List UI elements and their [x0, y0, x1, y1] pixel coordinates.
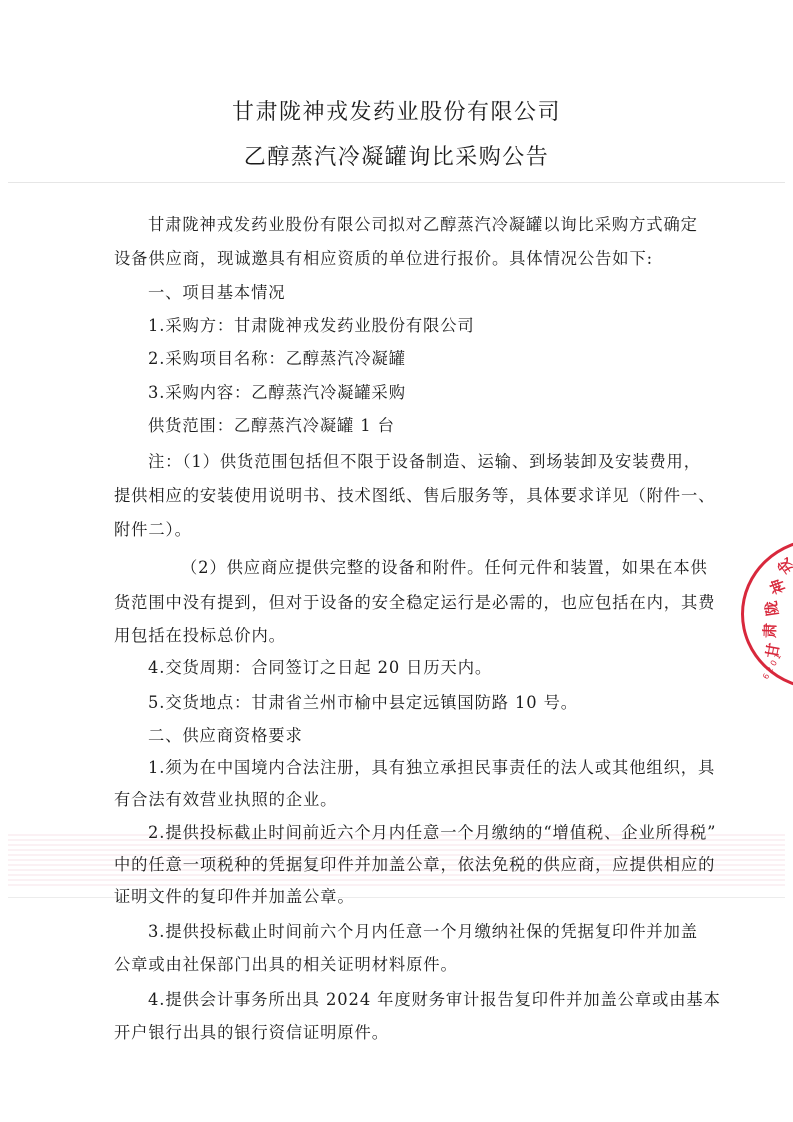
req3-line-1: 3.提供投标截止时间前六个月内任意一个月缴纳社保的凭据复印件并加盖: [148, 921, 708, 943]
seal-char: 肃: [759, 623, 781, 639]
delivery-period-item: 4.交货周期：合同签订之日起 20 日历天内。: [148, 657, 708, 679]
note1-line-1: 注：（1）供货范围包括但不限于设备制造、运输、到场装卸及安装费用，: [148, 451, 708, 473]
note2-line-2: 货范围中没有提到，但对于设备的安全稳定运行是必需的，也应包括在内，其费: [114, 592, 674, 614]
req4-line-2: 开户银行出具的银行资信证明原件。: [114, 1022, 674, 1044]
company-title: 甘肃陇神戎发药业股份有限公司: [0, 95, 793, 126]
req1-line-1: 1.须为在中国境内合法注册，具有独立承担民事责任的法人或其他组织，具: [148, 757, 708, 779]
supply-scope-item: 供货范围：乙醇蒸汽冷凝罐 1 台: [148, 415, 708, 437]
project-name-item: 2.采购项目名称：乙醇蒸汽冷凝罐: [148, 348, 708, 370]
notice-title: 乙醇蒸汽冷凝罐询比采购公告: [0, 140, 793, 171]
intro-line-1: 甘肃陇神戎发药业股份有限公司拟对乙醇蒸汽冷凝罐以询比采购方式确定: [148, 214, 708, 236]
purchase-content-item: 3.采购内容：乙醇蒸汽冷凝罐采购: [148, 382, 708, 404]
delivery-location-item: 5.交货地点：甘肃省兰州市榆中县定远镇国防路 10 号。: [148, 692, 708, 714]
section1-heading: 一、项目基本情况: [148, 282, 708, 304]
req2-line-2: 中的任意一项税种的凭据复印件并加盖公章，依法免税的供应商，应提供相应的: [114, 854, 674, 876]
section2-heading: 二、供应商资格要求: [148, 725, 708, 747]
purchaser-item: 1.采购方：甘肃陇神戎发药业股份有限公司: [148, 315, 708, 337]
note2-line-3: 用包括在投标总价内。: [114, 625, 674, 647]
note2-line-1: （2）供应商应提供完整的设备和附件。任何元件和装置，如果在本供: [181, 557, 741, 579]
seal-char: 陇: [760, 600, 783, 618]
req2-line-1: 2.提供投标截止时间前近六个月内任意一个月缴纳的“增值税、企业所得税”: [148, 822, 708, 844]
intro-line-2: 设备供应商，现诚邀具有相应资质的单位进行报价。具体情况公告如下:: [114, 248, 674, 270]
note1-line-2: 提供相应的安装使用说明书、技术图纸、售后服务等，具体要求详见（附件一、: [114, 485, 674, 507]
req4-line-1: 4.提供会计事务所出具 2024 年度财务审计报告复印件并加盖公章或由基本: [148, 989, 708, 1011]
note1-line-3: 附件二）。: [114, 519, 674, 541]
req3-line-2: 公章或由社保部门出具的相关证明材料原件。: [114, 954, 674, 976]
req2-line-3: 证明文件的复印件并加盖公章。: [114, 886, 674, 908]
req1-line-2: 有合法有效营业执照的企业。: [114, 789, 674, 811]
scan-line: [8, 182, 785, 183]
